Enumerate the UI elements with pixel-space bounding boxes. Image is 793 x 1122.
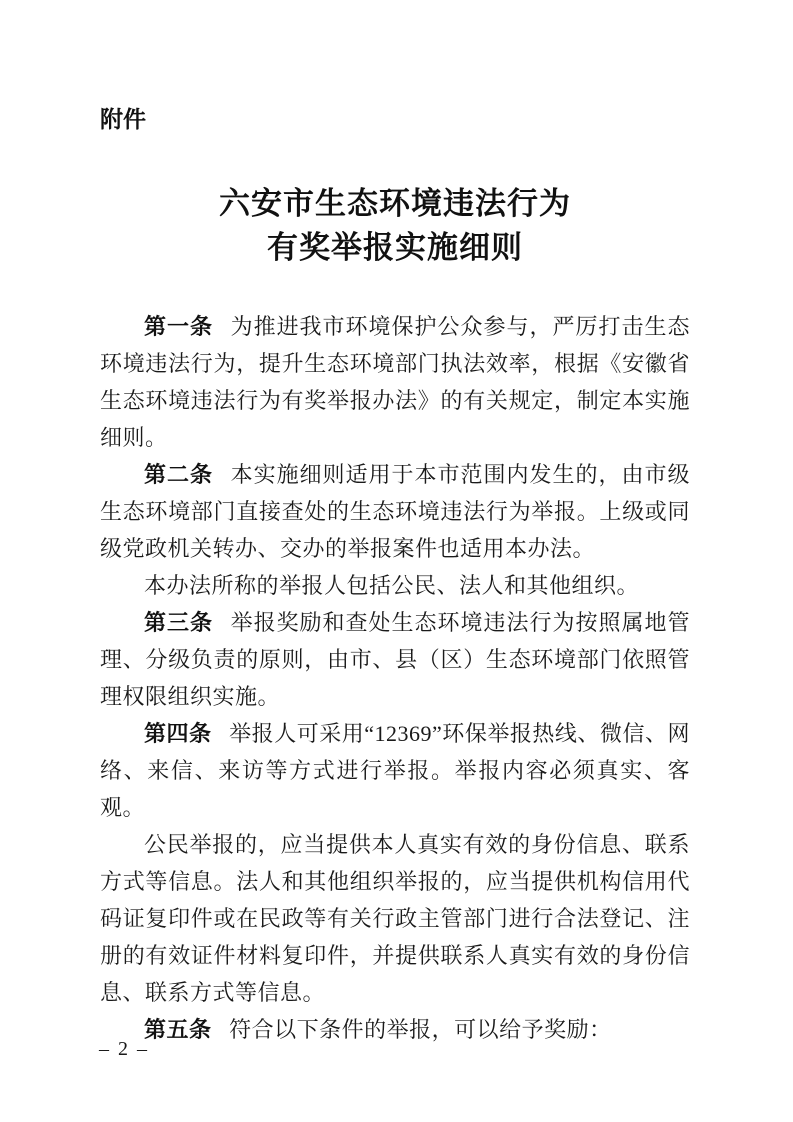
document-title-line-1: 六安市生态环境违法行为	[100, 182, 690, 226]
document-title: 六安市生态环境违法行为 有奖举报实施细则	[100, 182, 690, 270]
article-4-leader: 第四条	[144, 721, 212, 746]
document-page: 附件 六安市生态环境违法行为 有奖举报实施细则 第一条为推进我市环境保护公众参与…	[0, 0, 793, 1122]
attachment-label: 附件	[100, 104, 690, 134]
article-2-note-text: 本办法所称的举报人包括公民、法人和其他组织。	[144, 573, 639, 598]
paragraph-article-4: 第四条举报人可采用“12369”环保举报热线、微信、网络、来信、来访等方式进行举…	[100, 715, 690, 826]
article-2-leader: 第二条	[144, 462, 213, 487]
article-5-text: 符合以下条件的举报，可以给予奖励：	[229, 1017, 612, 1042]
document-content: 附件 六安市生态环境违法行为 有奖举报实施细则 第一条为推进我市环境保护公众参与…	[0, 0, 793, 1048]
article-5-leader: 第五条	[144, 1017, 212, 1042]
document-title-line-2: 有奖举报实施细则	[100, 226, 690, 270]
paragraph-article-4-note: 公民举报的，应当提供本人真实有效的身份信息、联系方式等信息。法人和其他组织举报的…	[100, 826, 690, 1011]
paragraph-article-5: 第五条符合以下条件的举报，可以给予奖励：	[100, 1011, 690, 1048]
paragraph-article-3: 第三条举报奖励和查处生态环境违法行为按照属地管理、分级负责的原则，由市、县（区）…	[100, 604, 690, 715]
paragraph-article-1: 第一条为推进我市环境保护公众参与，严厉打击生态环境违法行为，提升生态环境部门执法…	[100, 308, 690, 456]
page-number: – 2 –	[99, 1036, 149, 1062]
article-1-leader: 第一条	[144, 314, 213, 339]
paragraph-article-2-note: 本办法所称的举报人包括公民、法人和其他组织。	[100, 567, 690, 604]
article-3-leader: 第三条	[144, 610, 213, 635]
paragraph-article-2: 第二条本实施细则适用于本市范围内发生的，由市级生态环境部门直接查处的生态环境违法…	[100, 456, 690, 567]
document-body: 第一条为推进我市环境保护公众参与，严厉打击生态环境违法行为，提升生态环境部门执法…	[100, 308, 690, 1048]
article-4-note-text: 公民举报的，应当提供本人真实有效的身份信息、联系方式等信息。法人和其他组织举报的…	[100, 832, 690, 1005]
